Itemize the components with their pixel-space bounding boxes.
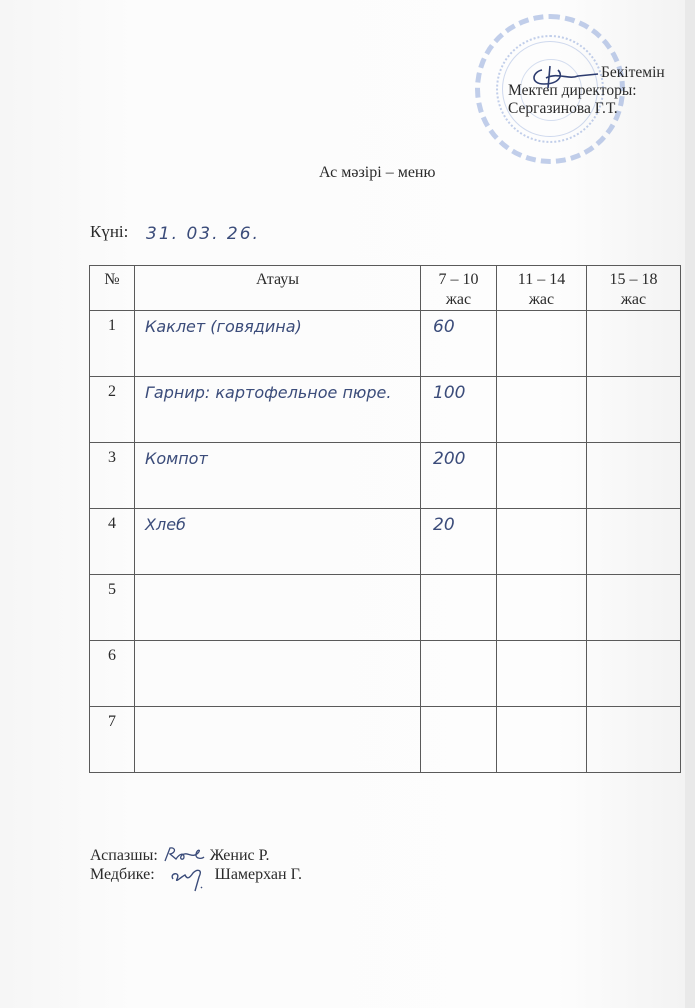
portion-7-10 [421, 575, 497, 641]
nurse-name: Шамерхан Г. [215, 866, 302, 883]
col-number: № [90, 266, 135, 311]
portion-7-10: 100 [421, 377, 497, 443]
portion-11-14 [497, 641, 587, 707]
dish-name [135, 707, 421, 773]
row-number: 4 [90, 509, 135, 575]
table-row: 5 [90, 575, 681, 641]
row-number: 7 [90, 707, 135, 773]
menu-table: № Атауы 7 – 10жас 11 – 14жас 15 – 18жас … [89, 265, 681, 773]
table-row: 1 Каклет (говядина) 60 [90, 311, 681, 377]
document-title: Ас мәзірі – меню [319, 164, 435, 182]
row-number: 1 [90, 311, 135, 377]
dish-name: Хлеб [135, 509, 421, 575]
portion-15-18 [587, 575, 681, 641]
director-title: Мектеп директоры: [508, 82, 665, 100]
cook-signature-icon [162, 845, 206, 863]
table-row: 6 [90, 641, 681, 707]
signoff-block: Аспазшы: Женис Р. Медбике: Шамерхан Г. [90, 845, 302, 885]
portion-11-14 [497, 509, 587, 575]
table-row: 3 Компот 200 [90, 443, 681, 509]
dish-name [135, 575, 421, 641]
table-row: 7 [90, 707, 681, 773]
row-number: 3 [90, 443, 135, 509]
approval-label: Бекітемін [508, 64, 665, 82]
portion-15-18 [587, 377, 681, 443]
row-number: 5 [90, 575, 135, 641]
nurse-signoff: Медбике: Шамерхан Г. [90, 865, 302, 885]
dish-name: Гарнир: картофельное пюре. [135, 377, 421, 443]
portion-11-14 [497, 377, 587, 443]
col-age-11-14: 11 – 14жас [497, 266, 587, 311]
row-number: 6 [90, 641, 135, 707]
nurse-signature-icon [167, 867, 211, 893]
col-age-15-18: 15 – 18жас [587, 266, 681, 311]
date-value: 31. 03. 26. [146, 224, 260, 244]
portion-7-10: 200 [421, 443, 497, 509]
portion-11-14 [497, 311, 587, 377]
portion-15-18 [587, 707, 681, 773]
page-edge [685, 0, 695, 1008]
director-name: Сергазинова Г.Т. [508, 100, 665, 118]
nurse-label: Медбике: [90, 866, 155, 883]
row-number: 2 [90, 377, 135, 443]
portion-7-10 [421, 641, 497, 707]
table-header-row: № Атауы 7 – 10жас 11 – 14жас 15 – 18жас [90, 266, 681, 311]
table-row: 4 Хлеб 20 [90, 509, 681, 575]
cook-signoff: Аспазшы: Женис Р. [90, 845, 302, 865]
approval-block: Бекітемін Мектеп директоры: Сергазинова … [508, 64, 665, 118]
date-label: Күні: [90, 222, 128, 242]
col-name: Атауы [135, 266, 421, 311]
cook-name: Женис Р. [210, 847, 270, 864]
portion-15-18 [587, 311, 681, 377]
portion-15-18 [587, 641, 681, 707]
cook-label: Аспазшы: [90, 847, 158, 864]
dish-name: Каклет (говядина) [135, 311, 421, 377]
document-page: Бекітемін Мектеп директоры: Сергазинова … [0, 0, 695, 1008]
portion-7-10 [421, 707, 497, 773]
portion-11-14 [497, 707, 587, 773]
dish-name: Компот [135, 443, 421, 509]
portion-7-10: 20 [421, 509, 497, 575]
portion-7-10: 60 [421, 311, 497, 377]
portion-15-18 [587, 443, 681, 509]
portion-11-14 [497, 575, 587, 641]
portion-11-14 [497, 443, 587, 509]
table-row: 2 Гарнир: картофельное пюре. 100 [90, 377, 681, 443]
dish-name [135, 641, 421, 707]
col-age-7-10: 7 – 10жас [421, 266, 497, 311]
portion-15-18 [587, 509, 681, 575]
